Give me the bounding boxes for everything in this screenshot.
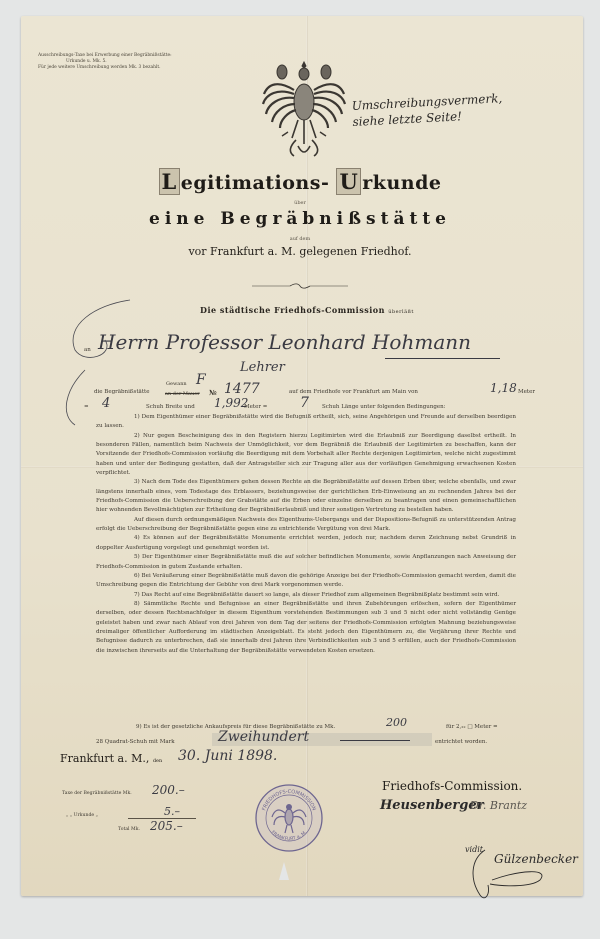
signature-1: Heusenberger: [380, 798, 483, 813]
date-handwritten: 30. Juni 1898.: [178, 748, 277, 764]
width-meters: 1,18: [490, 381, 517, 395]
signature-2: Dr. Brantz: [470, 799, 527, 812]
condition-9-line2: 28 Quadrat-Schuh mit Mark: [96, 739, 175, 745]
title-text: rkunde: [362, 172, 441, 194]
recipient-occupation-handwritten: Lehrer: [240, 360, 285, 375]
fee-value-taxe: 200.–: [152, 783, 185, 797]
condition-5: 5) Der Eigenthümer einer Begräbnißstätte…: [96, 553, 516, 572]
amount-line: [340, 740, 410, 741]
condition-3-cont: Auf diesen durch ordnungsmäßigen Nachwei…: [96, 516, 516, 535]
conditions-text: 1) Dem Eigenthümer einer Begräbnißstätte…: [96, 413, 516, 656]
fee-label-taxe: Taxe der Begräbnißstätte Mk.: [62, 791, 132, 796]
fee-note: Ausschreibungs-Taxe bei Erwerbung einer …: [38, 53, 218, 71]
title-uber: über: [0, 200, 600, 206]
gewann-value: F: [196, 372, 206, 388]
fee-label-total: Total Mk.: [118, 827, 140, 832]
place-date: Frankfurt a. M., den: [60, 752, 162, 765]
condition-8: 8) Sämmtliche Rechte und Befugnisse an e…: [96, 600, 516, 656]
amount-in-words: Zweihundert: [218, 729, 309, 745]
fee-label-urkunde: „ „ Urkunde „: [66, 813, 98, 818]
signature-flourish-icon: [430, 840, 570, 905]
place: Frankfurt a. M.,: [60, 752, 149, 765]
condition-9-suffix: entrichtet worden.: [435, 739, 487, 745]
fee-value-urkunde: 5.–: [164, 805, 180, 818]
commission-stamp-icon: FRIEDHOFS-COMMISSION FRANKFURT a. M.: [254, 783, 324, 853]
title-text: egitimations-: [181, 172, 330, 194]
label-meter-2: Meter =: [244, 404, 267, 410]
title-initial: U: [336, 168, 361, 195]
paper-tear: [279, 862, 289, 880]
condition-9-area: für 2,₂₂ □ Meter =: [446, 724, 498, 730]
commission-name: städtische Friedhofs-Commission: [220, 305, 385, 315]
fee-note-line: Für jede weitere Umschreibung werden Mk.…: [38, 65, 218, 71]
condition-7: 7) Das Recht auf eine Begräbnißstätte da…: [96, 591, 516, 600]
eagle-emblem-icon: [258, 60, 348, 160]
purchase-price: 200: [386, 716, 407, 729]
condition-4: 4) Es können auf der Begräbnißstätte Mon…: [96, 534, 516, 553]
document-title: Legitimations- Urkunde: [0, 168, 600, 195]
divider-ornament-icon: [250, 283, 350, 289]
label-meter: Meter: [518, 389, 535, 395]
condition-2: 2) Nur gegen Bescheinigung des in den Re…: [96, 432, 516, 479]
signature-underline: [385, 358, 500, 359]
fee-value-total: 205.–: [150, 819, 183, 833]
document-subject: eine Begräbnißstätte: [0, 209, 600, 229]
handwriting-flourish-icon: [55, 295, 175, 435]
commission-prefix: Die: [200, 305, 217, 315]
condition-3: 3) Nach dem Tode des Eigenthümers gehen …: [96, 478, 516, 515]
commission-signature-label: Friedhofs-Commission.: [382, 779, 522, 793]
title-auf-dem: auf dem: [0, 236, 600, 242]
title-initial: L: [159, 168, 180, 195]
label-schuh-lange: Schuh Länge unter folgenden Bedingungen:: [322, 404, 446, 410]
commission-uberlasst: überläßt: [388, 309, 414, 315]
label-den: den: [153, 758, 162, 764]
length-schuh: 7: [300, 395, 309, 411]
commission-statement: Die städtische Friedhofs-Commission über…: [200, 305, 414, 315]
plot-number: 1477: [224, 381, 260, 397]
condition-6: 6) Bei Veräußerung einer Begräbnißstätte…: [96, 572, 516, 591]
document-location: vor Frankfurt a. M. gelegenen Friedhof.: [0, 245, 600, 258]
